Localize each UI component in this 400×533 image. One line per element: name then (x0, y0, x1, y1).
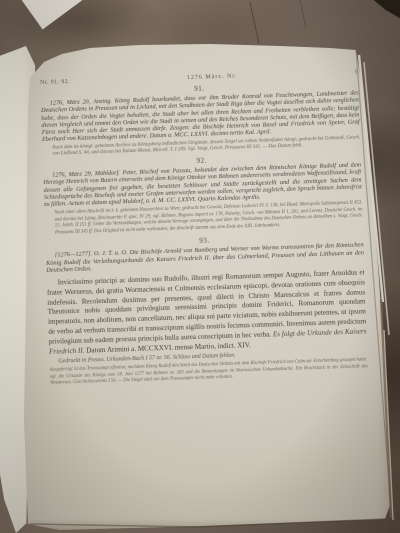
photographed-book-scene: Nr. 91. 92. 1276 März. Nr. 5 91. 1276, M… (0, 0, 400, 533)
entry-91-regest: 1276, März 20, Anzing. König Rudolf beur… (41, 89, 360, 143)
table-corner-object (368, 0, 400, 26)
running-header-entry-numbers: Nr. 91. 92. (40, 79, 70, 86)
loose-paper-corner (16, 0, 86, 32)
running-header-title: 1276 März. Nr. (187, 73, 238, 81)
page-number: 5 (354, 69, 358, 75)
printed-text-block: Nr. 91. 92. 1276 März. Nr. 5 91. 1276, M… (40, 69, 368, 386)
entry-93-charter-text: Invictissimo principi ac domino suo Rudo… (47, 268, 367, 357)
